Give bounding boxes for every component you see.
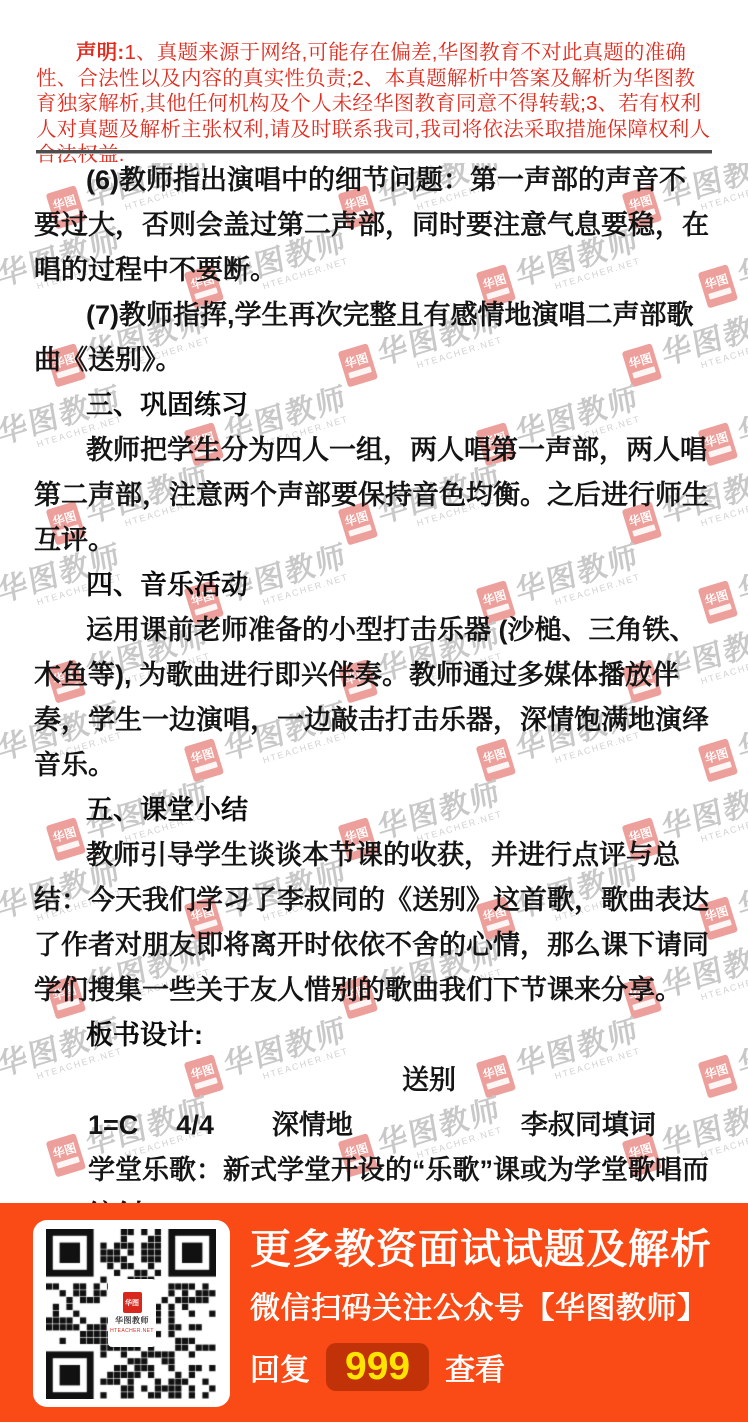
board-meta-line: 1=C 4/4 深情地 李叔同填词 <box>34 1103 712 1148</box>
promo-text-block: 更多教资面试试题及解析 微信扫码关注公众号【华图教师】 回复 999 查看 <box>250 1219 712 1391</box>
board-lyricist: 李叔同填词 <box>521 1103 656 1148</box>
huatu-logo-icon: 华图 <box>123 1292 142 1313</box>
section-heading-music-activity: 四、音乐活动 <box>34 563 712 608</box>
lesson-content: (6)教师指出演唱中的细节问题：第一声部的声音不要过大，否则会盖过第二声部，同时… <box>34 158 712 1328</box>
divider-line <box>36 150 712 154</box>
disclaimer-label: 声明: <box>76 41 124 64</box>
promo-title: 更多教资面试试题及解析 <box>250 1219 712 1279</box>
paragraph-consolidation: 教师把学生分为四人一组，两人唱第一声部，两人唱第二声部，注意两个声部要保持音色均… <box>34 428 712 563</box>
board-key-signature: 1=C <box>88 1103 138 1148</box>
paragraph-music-activity: 运用课前老师准备的小型打击乐器 (沙槌、三角铁、木鱼等), 为歌曲进行即兴伴奏。… <box>34 608 712 788</box>
section-heading-board-design: 板书设计: <box>34 1013 712 1058</box>
board-time-signature: 4/4 <box>176 1103 214 1148</box>
disclaimer-body: 1、真题来源于网络,可能存在偏差,华图教育不对此真题的准确性、合法性以及内容的真… <box>36 41 710 166</box>
paragraph-summary: 教师引导学生谈谈本节课的收获，并进行点评与总结：今天我们学习了李叔同的《送别》这… <box>34 833 712 1013</box>
document-page: 华图华图教师HTEACHER.NET华图华图教师HTEACHER.NET华图华图… <box>0 0 748 1422</box>
disclaimer-text: 声明:1、真题来源于网络,可能存在偏差,华图教育不对此真题的准确性、合法性以及内… <box>36 40 714 168</box>
board-song-title: 送别 <box>34 1058 712 1103</box>
reply-code-badge: 999 <box>326 1343 429 1391</box>
board-expression-mark: 深情地 <box>272 1103 353 1148</box>
paragraph-7: (7)教师指挥,学生再次完整且有感情地演唱二声部歌曲《送别》。 <box>34 293 712 383</box>
qr-card: 华图 华图教师 HTEACHER.NET <box>33 1220 230 1407</box>
qr-center-sub: HTEACHER.NET <box>110 1328 154 1334</box>
promo-banner: 华图 华图教师 HTEACHER.NET 更多教资面试试题及解析 微信扫码关注公… <box>0 1203 748 1422</box>
promo-reply-row: 回复 999 查看 <box>250 1343 712 1391</box>
qr-center-logo: 华图 华图教师 HTEACHER.NET <box>108 1279 156 1347</box>
paragraph-6: (6)教师指出演唱中的细节问题：第一声部的声音不要过大，否则会盖过第二声部，同时… <box>34 158 712 293</box>
section-heading-consolidation: 三、巩固练习 <box>34 383 712 428</box>
promo-subtitle: 微信扫码关注公众号【华图教师】 <box>250 1287 712 1331</box>
view-label: 查看 <box>445 1345 505 1389</box>
section-heading-summary: 五、课堂小结 <box>34 788 712 833</box>
reply-label: 回复 <box>250 1345 310 1389</box>
qr-center-label: 华图教师 <box>115 1315 149 1326</box>
